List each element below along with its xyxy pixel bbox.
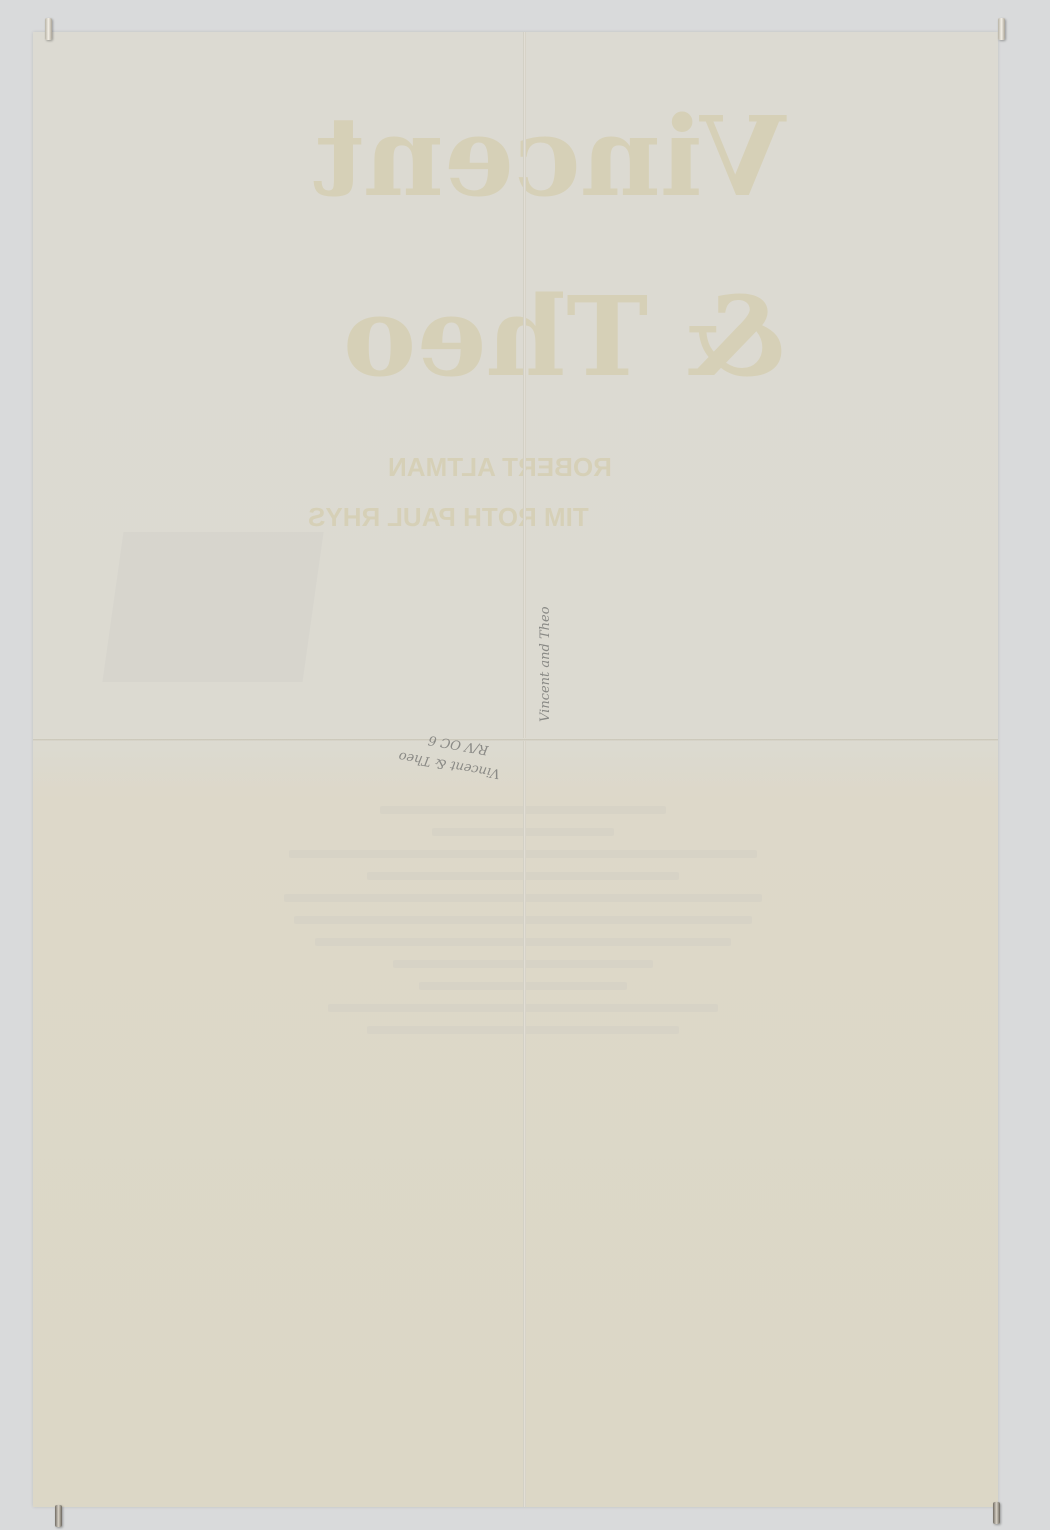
poster-back: Vincent & Theo ROBERT ALTMAN TIM ROTH PA… — [33, 32, 998, 1507]
vertical-fold — [523, 32, 526, 1507]
clip-bottom-left — [55, 1505, 62, 1527]
clip-top-right — [998, 18, 1005, 40]
handwritten-note-code: R/V OC 6 — [427, 732, 489, 757]
show-through-title-line1: Vincent — [313, 92, 786, 221]
clip-top-left — [45, 18, 52, 40]
show-through-title-line2: & Theo — [343, 272, 786, 401]
horizontal-fold — [33, 738, 998, 741]
clip-bottom-right — [993, 1502, 1000, 1524]
show-through-credit-line1: ROBERT ALTMAN — [388, 452, 612, 483]
show-through-credit-line2: TIM ROTH PAUL RHYS — [308, 502, 589, 533]
handwritten-note-fold: Vincent and Theo — [538, 606, 553, 722]
light-reflection — [102, 532, 323, 682]
